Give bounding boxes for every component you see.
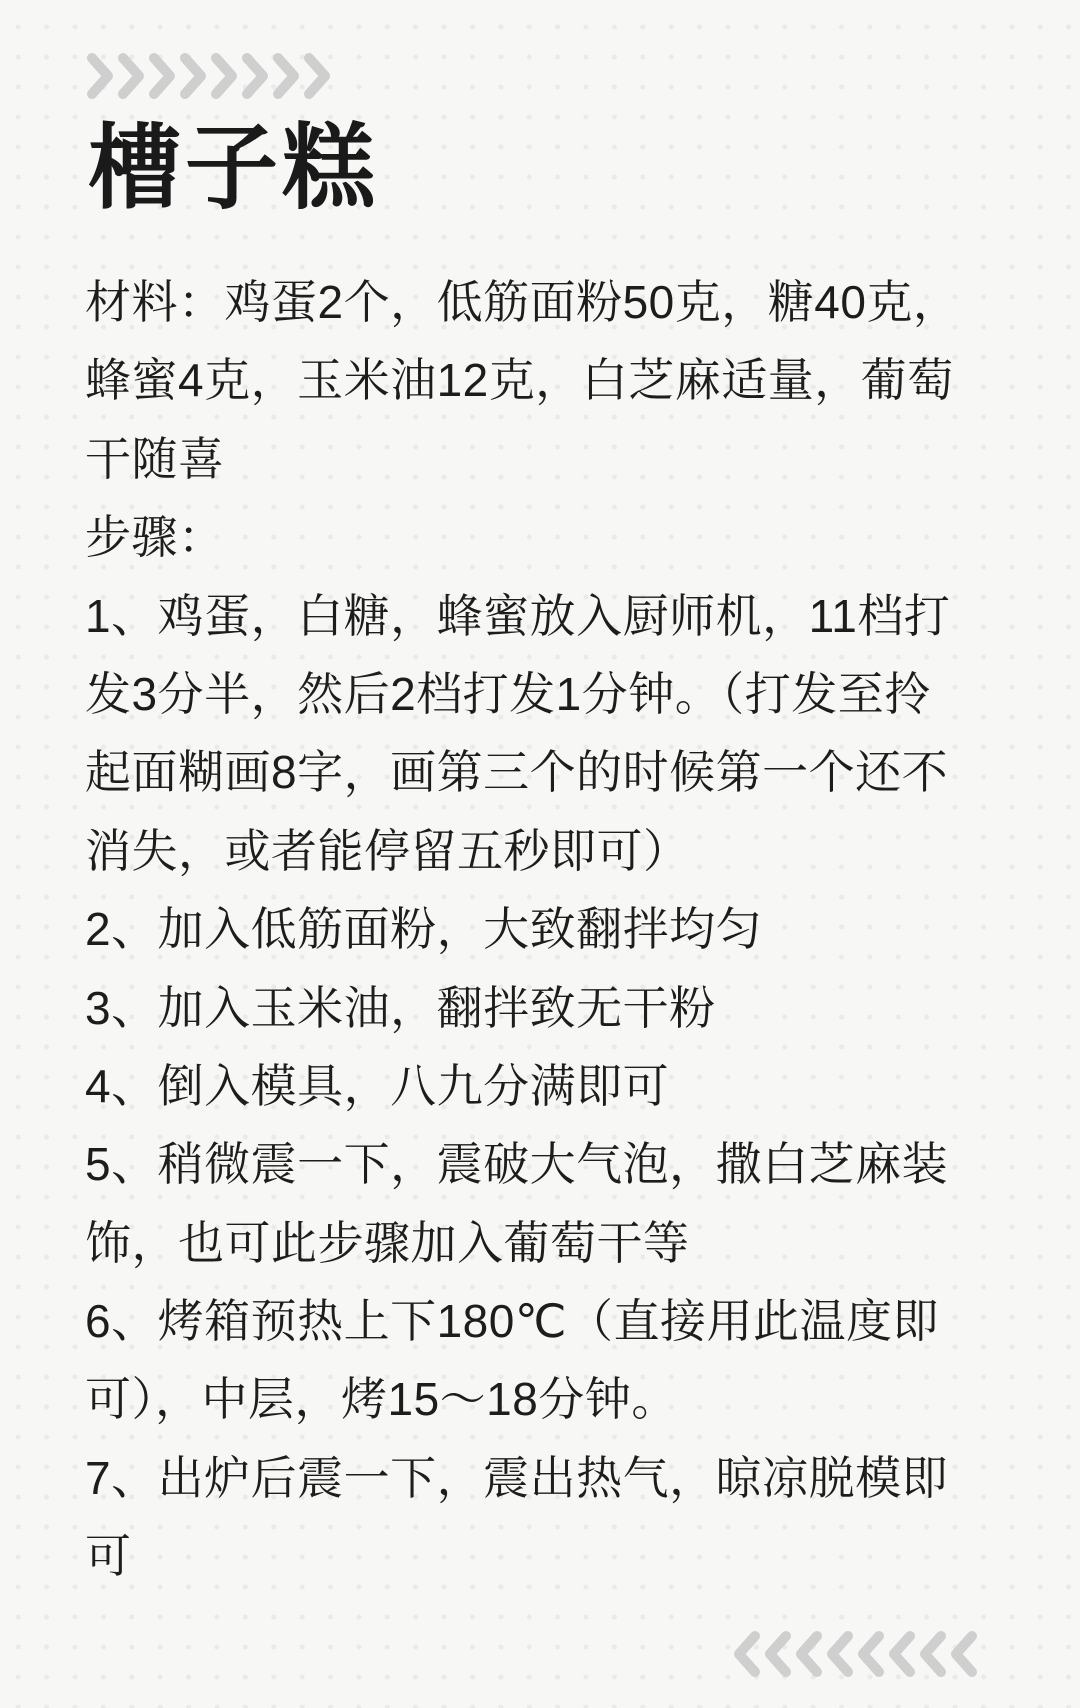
text-line: 起面糊画8字，画第三个的时候第一个还不: [85, 733, 1015, 811]
text-line: 2、加入低筋面粉，大致翻拌均匀: [85, 890, 1015, 968]
back-chevrons-icon: [733, 1630, 981, 1678]
text-line: 蜂蜜4克，玉米油12克，白芝麻适量，葡萄: [85, 341, 1015, 419]
text-line: 3、加入玉米油，翻拌致无干粉: [85, 969, 1015, 1047]
page-title: 槽子糕: [88, 118, 379, 218]
text-line: 干随喜: [85, 420, 1015, 498]
forward-chevrons-icon: [86, 52, 334, 100]
text-line: 步骤：: [85, 498, 1015, 576]
text-line: 7、出炉后震一下，震出热气，晾凉脱模即: [85, 1439, 1015, 1517]
text-line: 消失，或者能停留五秒即可）: [85, 812, 1015, 890]
text-line: 饰，也可此步骤加入葡萄干等: [85, 1204, 1015, 1282]
text-line: 6、烤箱预热上下180℃（直接用此温度即: [85, 1282, 1015, 1360]
text-line: 可），中层，烤15～18分钟。: [85, 1360, 1015, 1438]
text-line: 材料：鸡蛋2个，低筋面粉50克，糖40克，: [85, 263, 1015, 341]
text-line: 1、鸡蛋，白糖，蜂蜜放入厨师机，11档打: [85, 577, 1015, 655]
text-line: 4、倒入模具，八九分满即可: [85, 1047, 1015, 1125]
text-line: 5、稍微震一下，震破大气泡，撒白芝麻装: [85, 1125, 1015, 1203]
recipe-page: 槽子糕 材料：鸡蛋2个，低筋面粉50克，糖40克，蜂蜜4克，玉米油12克，白芝麻…: [0, 0, 1080, 1708]
text-line: 发3分半，然后2档打发1分钟。（打发至拎: [85, 655, 1015, 733]
recipe-body: 材料：鸡蛋2个，低筋面粉50克，糖40克，蜂蜜4克，玉米油12克，白芝麻适量，葡…: [85, 263, 1015, 1596]
text-line: 可: [85, 1517, 1015, 1595]
